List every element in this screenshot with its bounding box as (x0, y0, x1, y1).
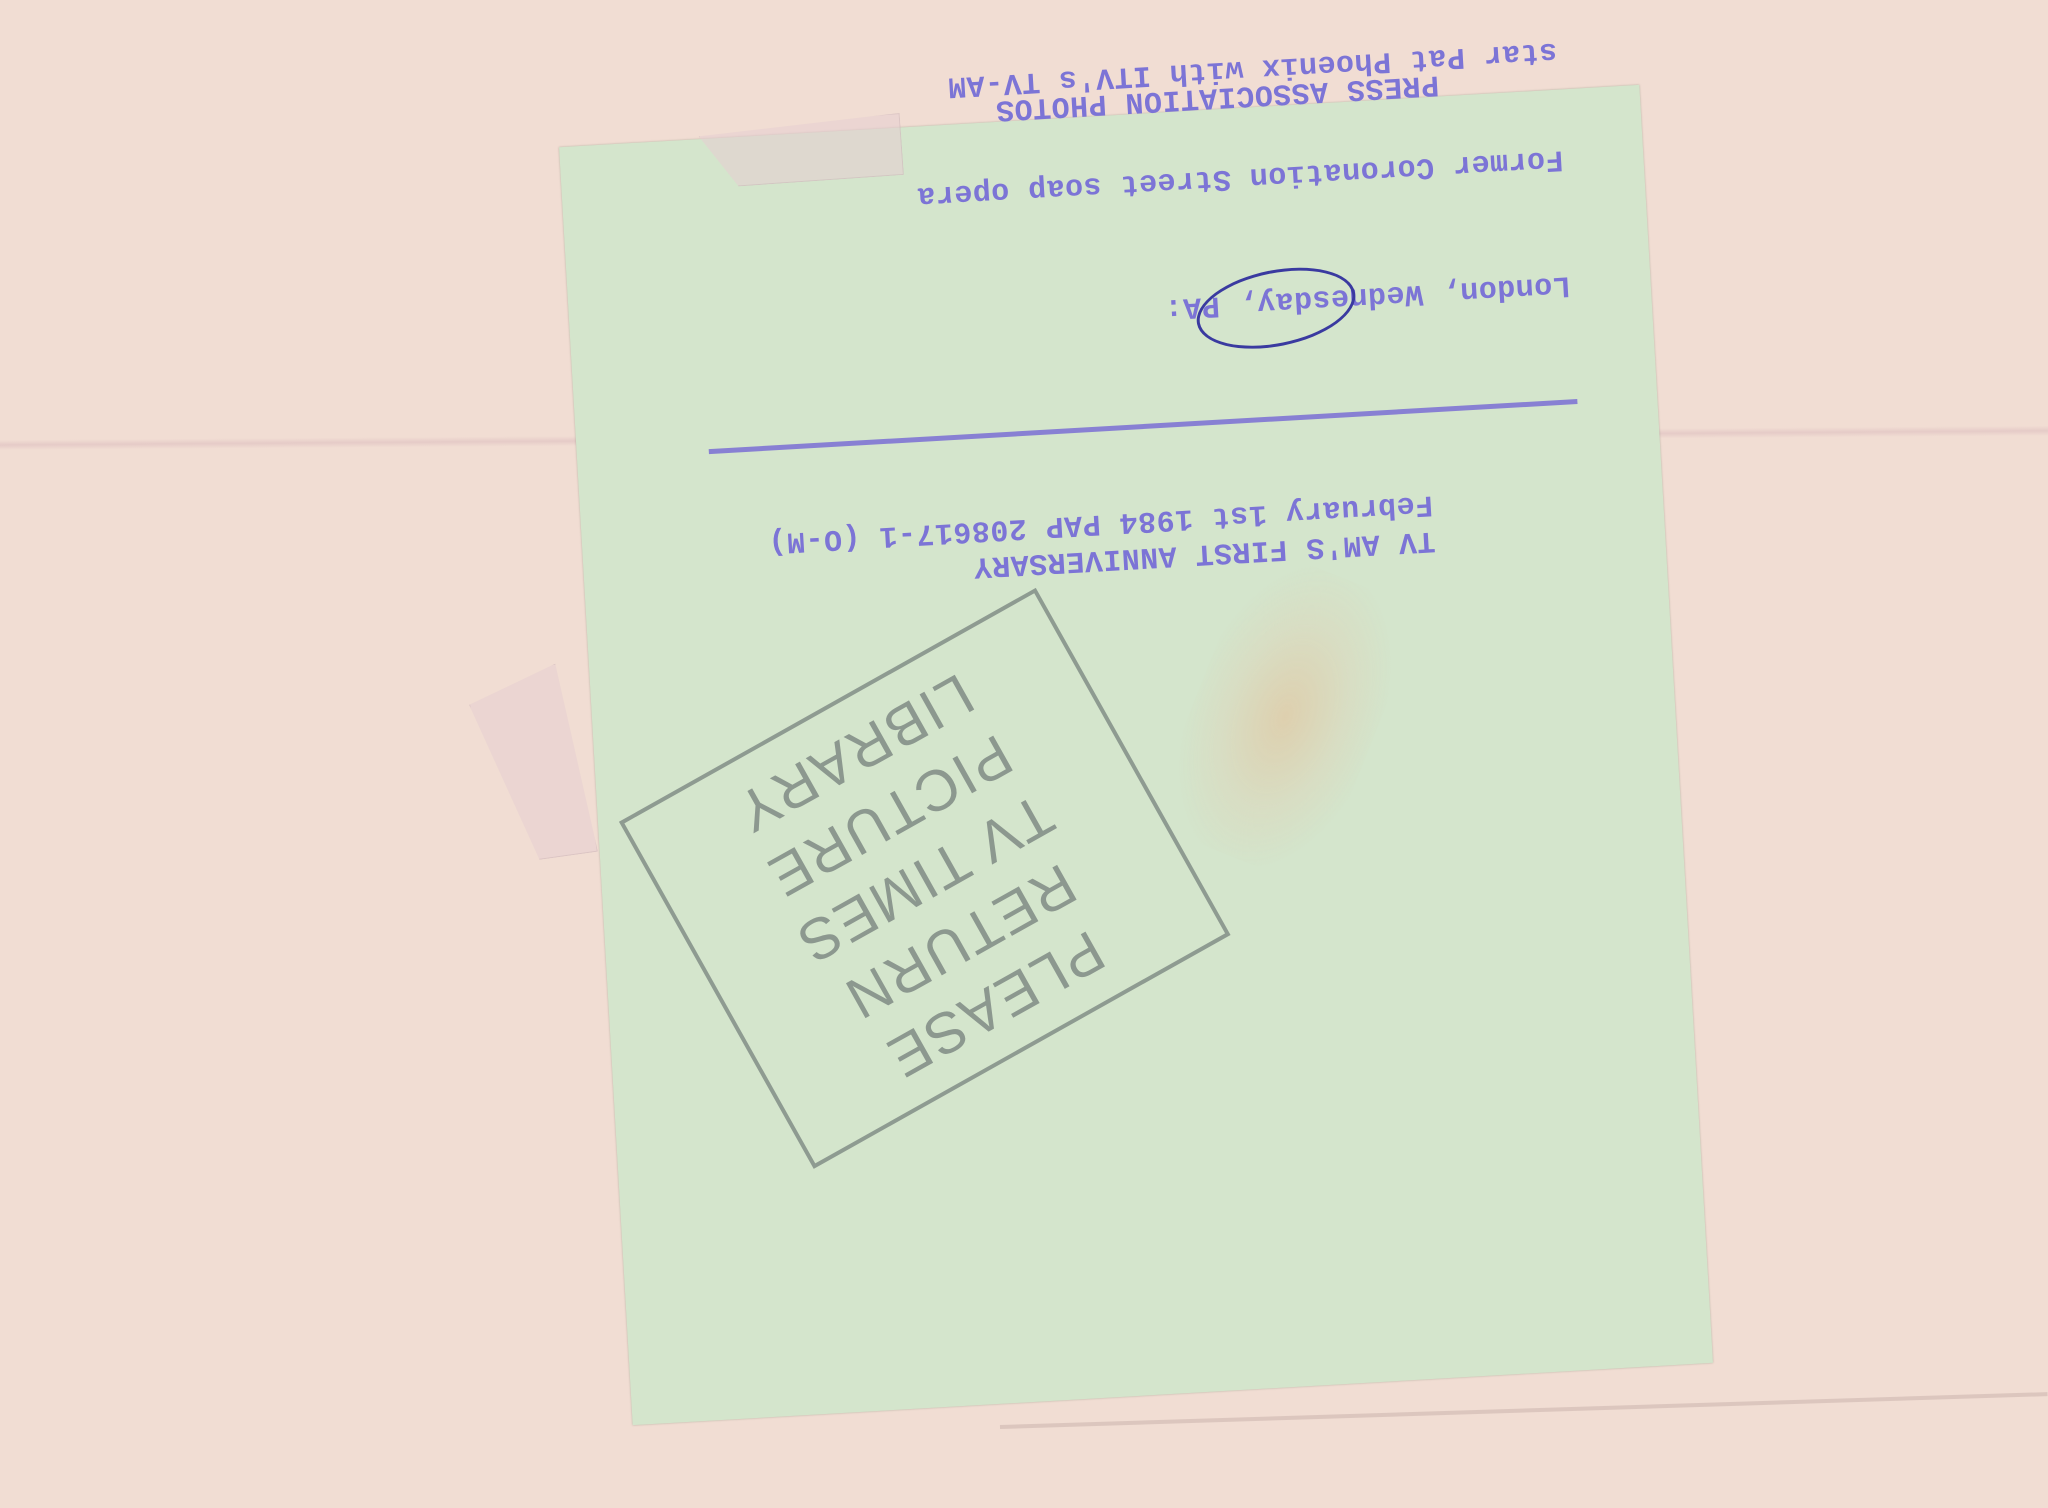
caption-line: presenter John Stapleton (centre) and (811, 0, 1552, 3)
return-stamp: PLEASE RETURN TV TIMES PICTURE LIBRARY (619, 588, 1231, 1169)
stain-mark (1146, 544, 1424, 889)
card-content-upside-down: PLEASE RETURN TV TIMES PICTURE LIBRARY T… (559, 85, 1713, 1425)
caption-line: Former Coronation Street soap opera (823, 140, 1564, 219)
caption-body: London, Wednesday, PA: Former Coronation… (782, 0, 1576, 417)
caption-card: PLEASE RETURN TV TIMES PICTURE LIBRARY T… (559, 85, 1713, 1425)
adhesive-tape (465, 661, 598, 866)
background-crease (1000, 1392, 2048, 1429)
